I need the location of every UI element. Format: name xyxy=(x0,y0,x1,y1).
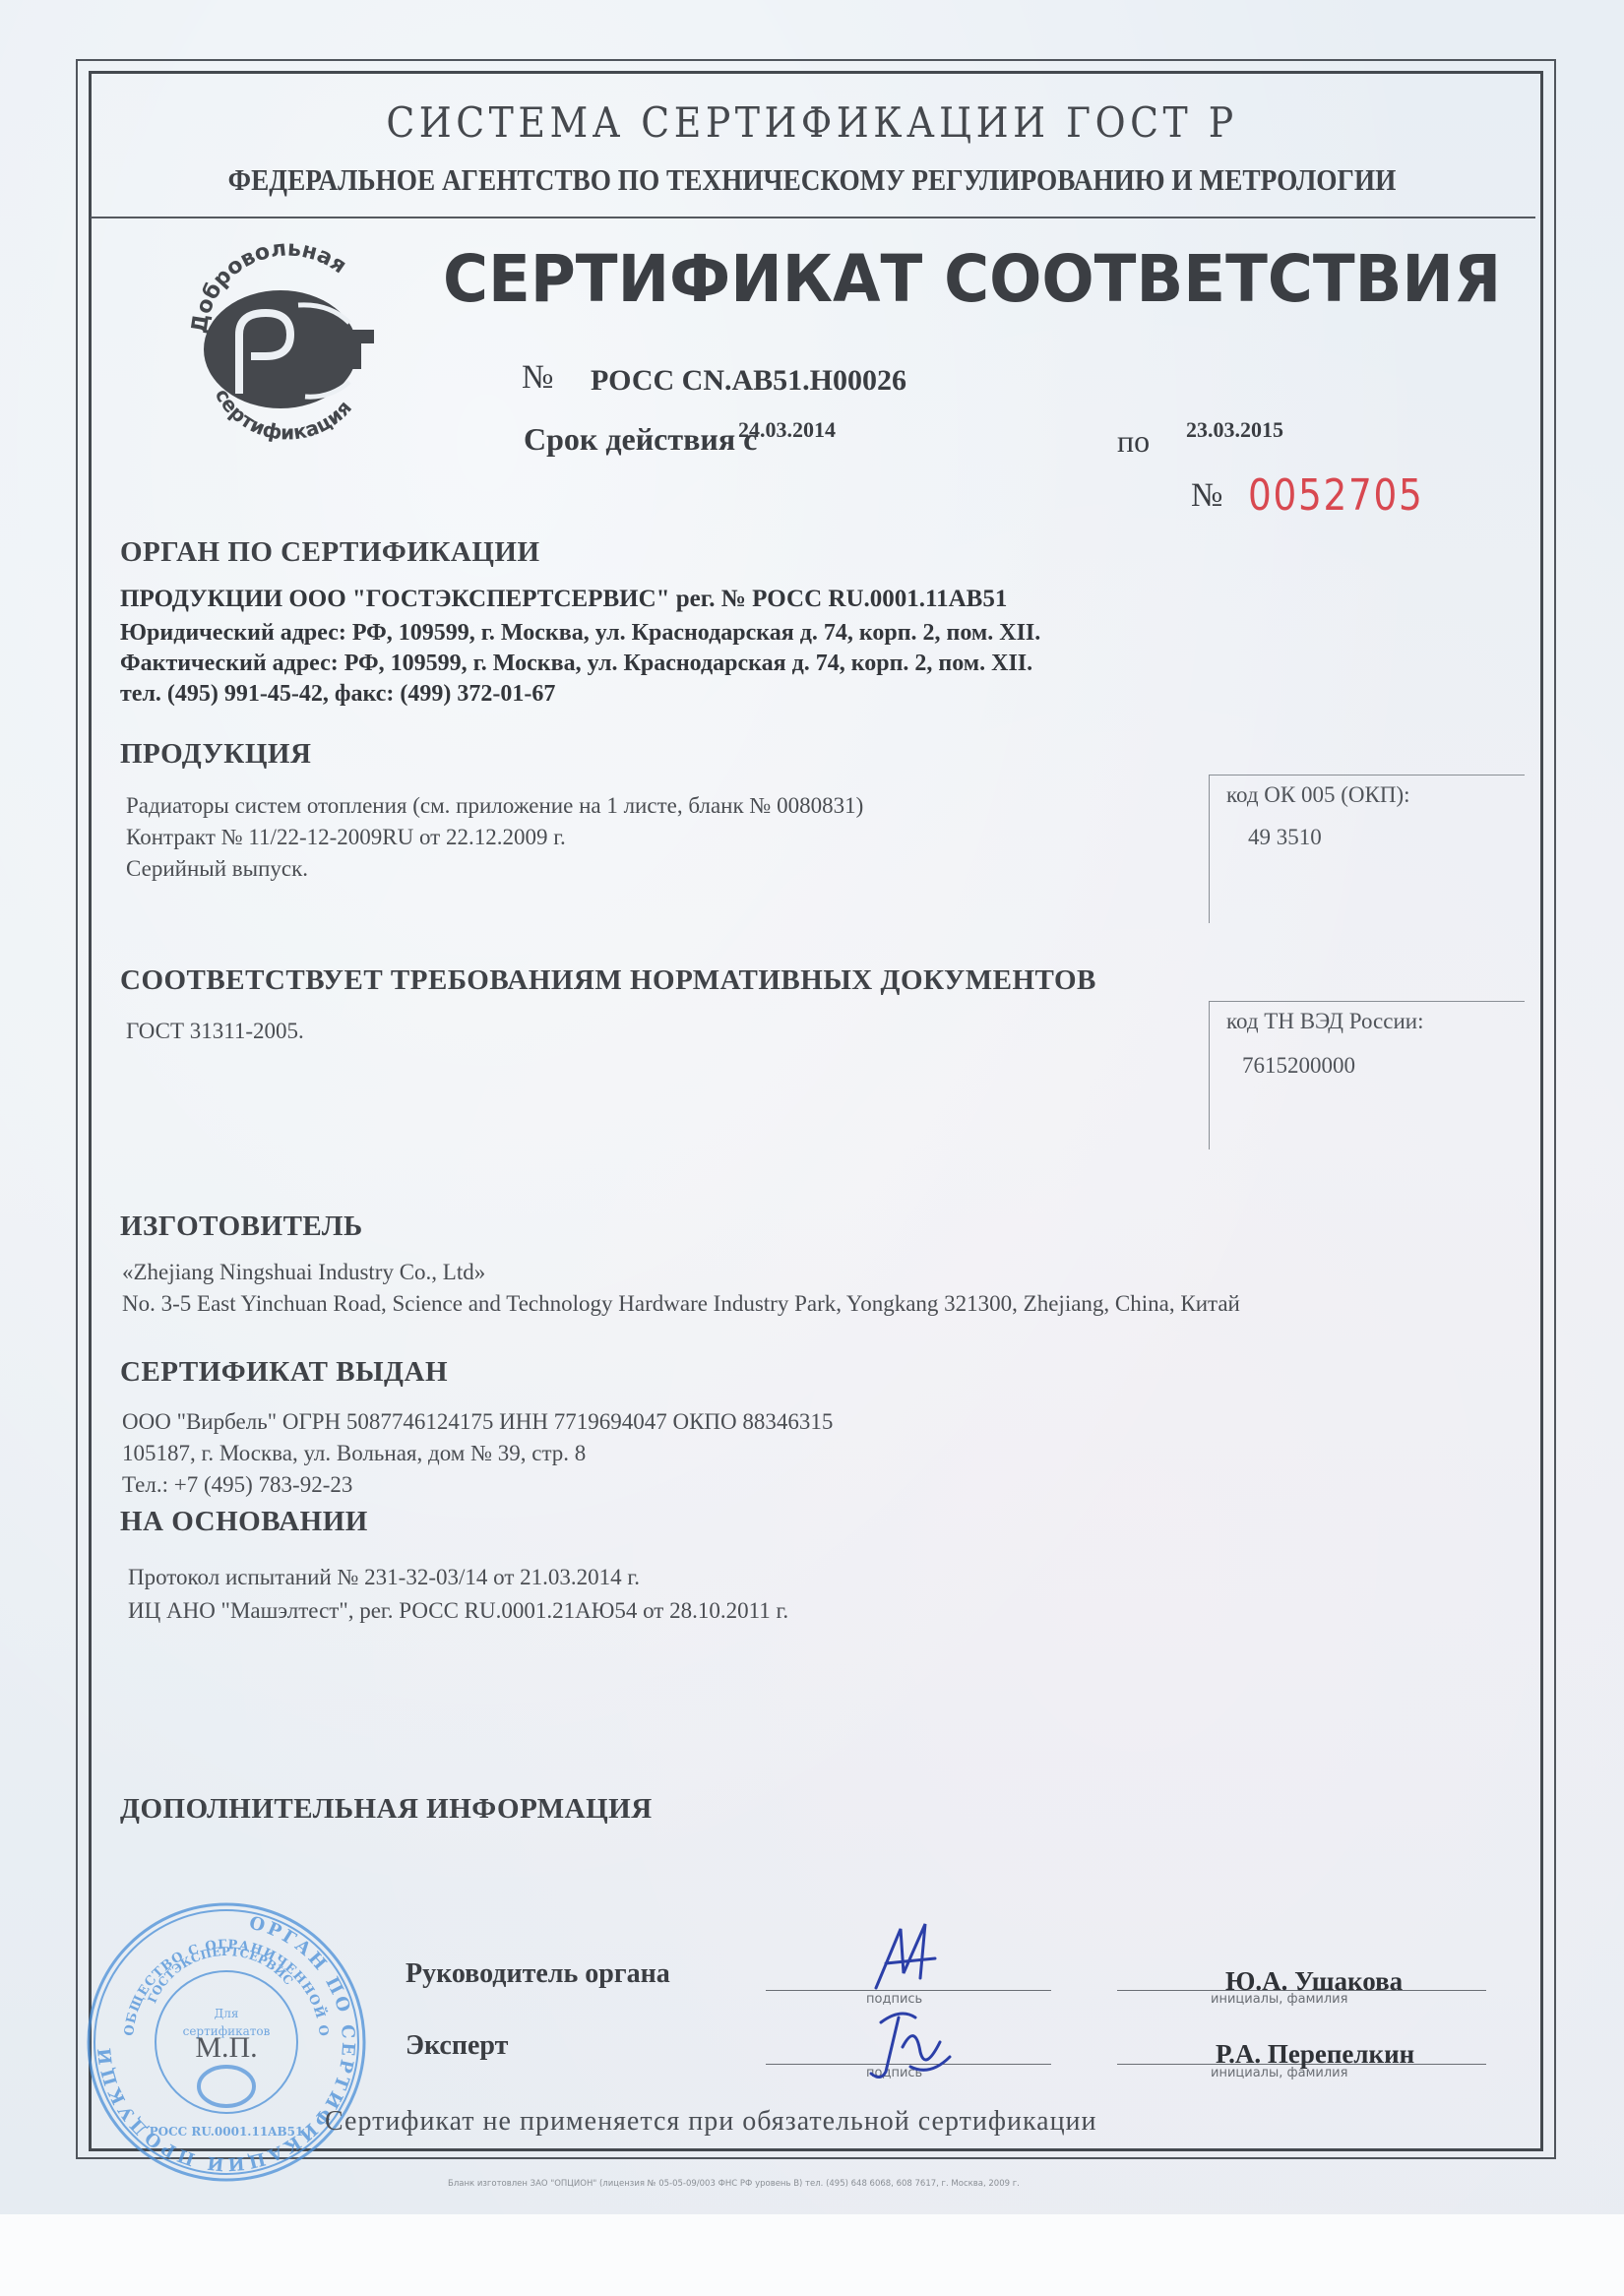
validity-label: Срок действия с xyxy=(524,421,757,458)
issued-to-line: 105187, г. Москва, ул. Вольная, дом № 39… xyxy=(122,1441,586,1466)
certification-body-heading: ОРГАН ПО СЕРТИФИКАЦИИ xyxy=(120,536,540,569)
valid-to-date: 23.03.2015 xyxy=(1186,417,1283,443)
certification-body-line: Юридический адрес: РФ, 109599, г. Москва… xyxy=(120,620,1040,647)
name-caption: инициалы, фамилия xyxy=(1211,1992,1347,2007)
additional-info-heading: ДОПОЛНИТЕЛЬНАЯ ИНФОРМАЦИЯ xyxy=(120,1793,653,1826)
page-margin xyxy=(0,2214,1624,2296)
okp-code-label: код ОК 005 (ОКП): xyxy=(1226,782,1410,808)
seal-stamp-icon: ОРГАН ПО СЕРТИФИКАЦИИ ПРОДУКЦИИ ОБЩЕСТВО… xyxy=(84,1899,369,2185)
okp-code-value: 49 3510 xyxy=(1248,825,1322,850)
tnved-code-value: 7615200000 xyxy=(1242,1053,1355,1079)
certificate-number: РОСС CN.AB51.H00026 xyxy=(591,364,906,398)
manufacturer-heading: ИЗГОТОВИТЕЛЬ xyxy=(120,1210,363,1243)
issued-to-line: Тел.: +7 (495) 783-92-23 xyxy=(122,1472,352,1498)
issued-to-line: ООО "Вирбель" ОГРН 5087746124175 ИНН 771… xyxy=(122,1409,833,1435)
valid-to-label: по xyxy=(1117,423,1150,460)
product-heading: ПРОДУКЦИЯ xyxy=(120,738,311,771)
basis-line: ИЦ АНО "Машэлтест", рег. РОСС RU.0001.21… xyxy=(128,1598,788,1624)
certification-body-line: ПРОДУКЦИИ ООО "ГОСТЭКСПЕРТСЕРВИС" рег. №… xyxy=(120,586,1007,613)
svg-text:РОСС RU.0001.11AB51: РОСС RU.0001.11AB51 xyxy=(150,2125,304,2139)
svg-text:М.П.: М.П. xyxy=(195,2031,257,2064)
product-line: Серийный выпуск. xyxy=(126,856,308,882)
certification-body-line: Фактический адрес: РФ, 109599, г. Москва… xyxy=(120,651,1032,677)
issued-to-heading: СЕРТИФИКАТ ВЫДАН xyxy=(120,1356,448,1389)
number-sign: № xyxy=(522,359,553,397)
blank-number-sign: № xyxy=(1191,477,1222,515)
blank-serial-number: 0052705 xyxy=(1248,470,1423,521)
manufacturer-name: «Zhejiang Ningshuai Industry Co., Ltd» xyxy=(122,1260,485,1285)
expert-signature-icon xyxy=(842,2003,969,2086)
head-signature-icon xyxy=(856,1919,965,2008)
certificate-title: СЕРТИФИКАТ СООТВЕТСТВИЯ xyxy=(443,241,1501,317)
agency-title: ФЕДЕРАЛЬНОЕ АГЕНТСТВО ПО ТЕХНИЧЕСКОМУ РЕ… xyxy=(97,162,1527,198)
header-divider xyxy=(91,217,1535,218)
basis-heading: НА ОСНОВАНИИ xyxy=(120,1506,368,1538)
certification-body-line: тел. (495) 991-45-42, факс: (499) 372-01… xyxy=(120,681,555,708)
blank-printer-footer: Бланк изготовлен ЗАО "ОПЦИОН" (лицензия … xyxy=(448,2179,1020,2189)
manufacturer-address: No. 3-5 East Yinchuan Road, Science and … xyxy=(122,1291,1240,1317)
certificate-note: Сертификат не применяется при обязательн… xyxy=(325,2106,1097,2138)
valid-from-date: 24.03.2014 xyxy=(738,417,836,443)
product-line: Радиаторы систем отопления (см. приложен… xyxy=(126,793,863,819)
expert-label: Эксперт xyxy=(406,2030,508,2062)
product-line: Контракт № 11/22-12-2009RU от 22.12.2009… xyxy=(126,825,566,850)
conformity-heading: СООТВЕТСТВУЕТ ТРЕБОВАНИЯМ НОРМАТИВНЫХ ДО… xyxy=(120,964,1096,997)
normative-document: ГОСТ 31311-2005. xyxy=(126,1019,304,1044)
basis-line: Протокол испытаний № 231-32-03/14 от 21.… xyxy=(128,1565,640,1590)
system-title: СИСТЕМА СЕРТИФИКАЦИИ ГОСТ Р xyxy=(82,98,1543,147)
name-caption: инициалы, фамилия xyxy=(1211,2066,1347,2080)
svg-text:Для: Для xyxy=(215,2007,239,2020)
rst-logo-icon: Добровольная сертификация xyxy=(182,236,389,443)
tnved-code-label: код ТН ВЭД России: xyxy=(1226,1009,1423,1034)
head-of-body-label: Руководитель органа xyxy=(406,1958,670,1990)
